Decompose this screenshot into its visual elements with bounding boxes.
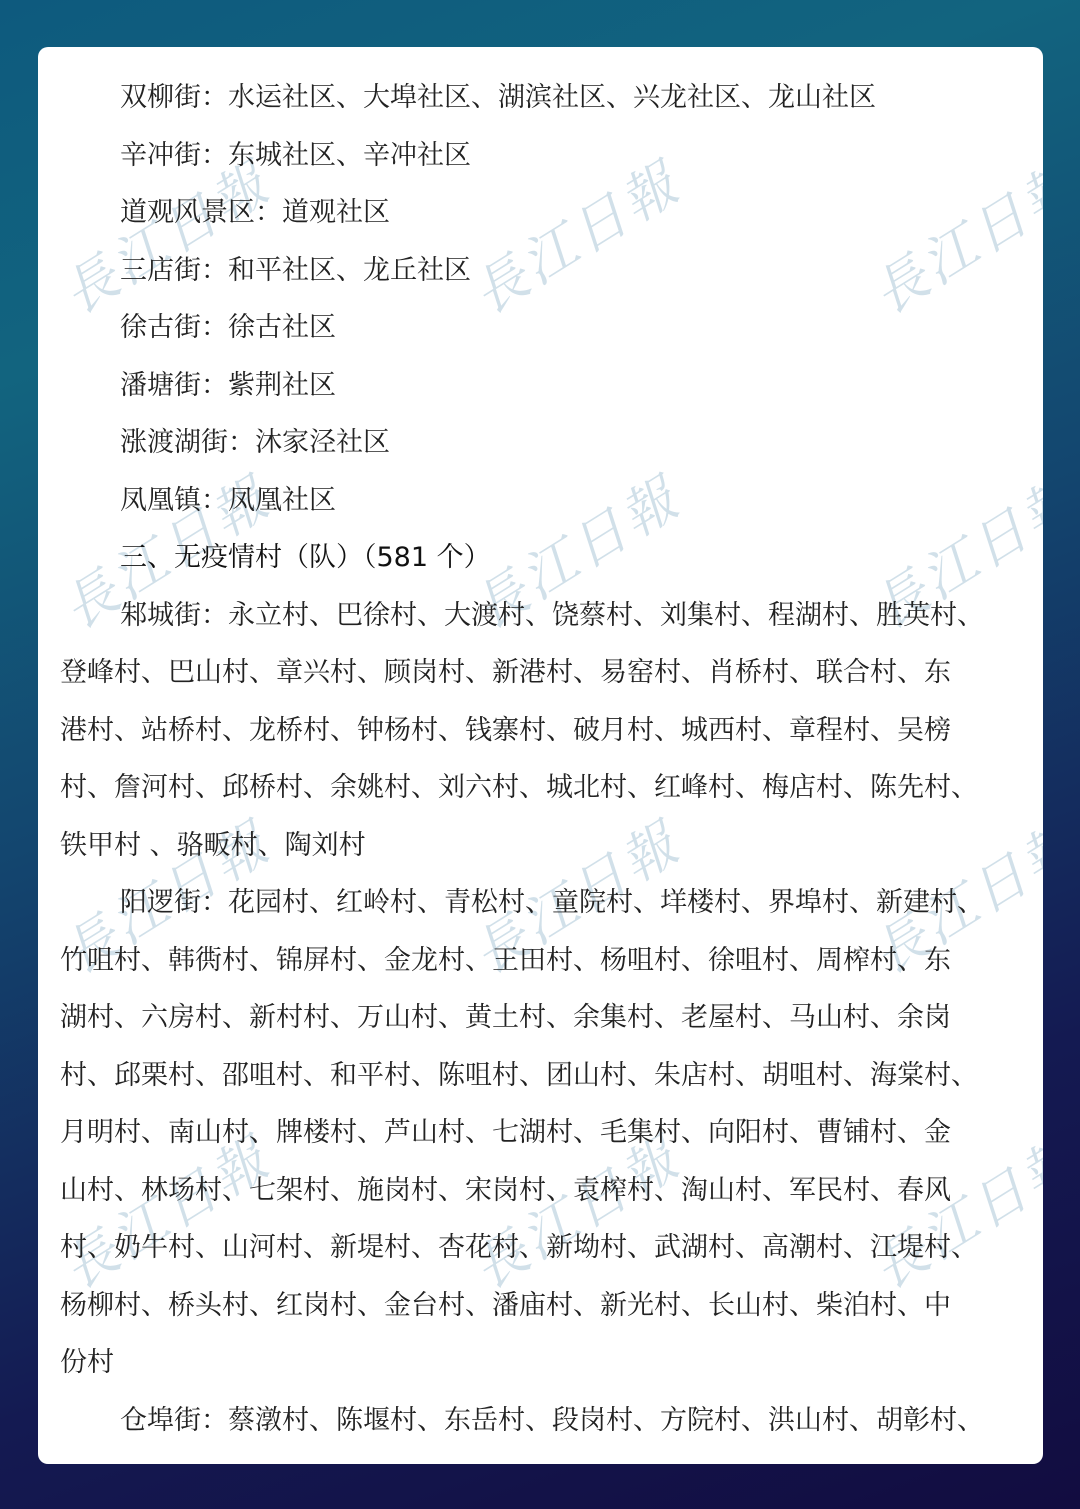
- village-list-line: 山村、林场村、七架村、施岗村、宋岗村、袁榨村、淘山村、军民村、春风: [60, 1162, 1020, 1220]
- street-list-line: 涨渡湖街：沐家泾社区: [60, 414, 1020, 472]
- street-list-line: 辛冲街：东城社区、辛冲社区: [60, 127, 1020, 185]
- village-list-line: 登峰村、巴山村、章兴村、顾岗村、新港村、易窑村、肖桥村、联合村、东: [60, 644, 1020, 702]
- village-list-line: 份村: [60, 1334, 1020, 1392]
- village-list-line: 村、邱栗村、邵咀村、和平村、陈咀村、团山村、朱店村、胡咀村、海棠村、: [60, 1047, 1020, 1105]
- street-list-line: 凤凰镇：凤凰社区: [60, 472, 1020, 530]
- document-body: 双柳街：水运社区、大埠社区、湖滨社区、兴龙社区、龙山社区 辛冲街：东城社区、辛冲…: [60, 69, 1020, 1449]
- document-card: 長江日報 長江日報 長江日報 長江日報 長江日報 長江日報 長江日報 長江日報 …: [38, 47, 1043, 1464]
- street-list-line: 双柳街：水运社区、大埠社区、湖滨社区、兴龙社区、龙山社区: [60, 69, 1020, 127]
- village-list-line: 港村、站桥村、龙桥村、钟杨村、钱寨村、破月村、城西村、章程村、吴榜: [60, 702, 1020, 760]
- village-list-line: 村、奶牛村、山河村、新堤村、杏花村、新坳村、武湖村、高潮村、江堤村、: [60, 1219, 1020, 1277]
- street-list-line: 潘塘街：紫荆社区: [60, 357, 1020, 415]
- street-list-line: 徐古街：徐古社区: [60, 299, 1020, 357]
- village-list-line: 仓埠街：蔡潡村、陈堰村、东岳村、段岗村、方院村、洪山村、胡彰村、: [60, 1392, 1020, 1450]
- village-list-line: 杨柳村、桥头村、红岗村、金台村、潘庙村、新光村、长山村、柴泊村、中: [60, 1277, 1020, 1335]
- village-list-line: 湖村、六房村、新村村、万山村、黄土村、余集村、老屋村、马山村、余岗: [60, 989, 1020, 1047]
- street-list-line: 三店街：和平社区、龙丘社区: [60, 242, 1020, 300]
- village-list-line: 阳逻街：花园村、红岭村、青松村、童院村、垟楼村、界埠村、新建村、: [60, 874, 1020, 932]
- village-list-line: 竹咀村、韩衖村、锦屏村、金龙村、王田村、杨咀村、徐咀村、周榨村、东: [60, 932, 1020, 990]
- street-list-line: 道观风景区：道观社区: [60, 184, 1020, 242]
- village-list-line: 铁甲村 、骆畈村、陶刘村: [60, 817, 1020, 875]
- village-list-line: 月明村、南山村、牌楼村、芦山村、七湖村、毛集村、向阳村、曹铺村、金: [60, 1104, 1020, 1162]
- village-list-line: 邾城街：永立村、巴徐村、大渡村、饶蔡村、刘集村、程湖村、胜英村、: [60, 587, 1020, 645]
- section-heading: 三、无疫情村（队）（581 个）: [60, 529, 1020, 587]
- village-list-line: 村、詹河村、邱桥村、余姚村、刘六村、城北村、红峰村、梅店村、陈先村、: [60, 759, 1020, 817]
